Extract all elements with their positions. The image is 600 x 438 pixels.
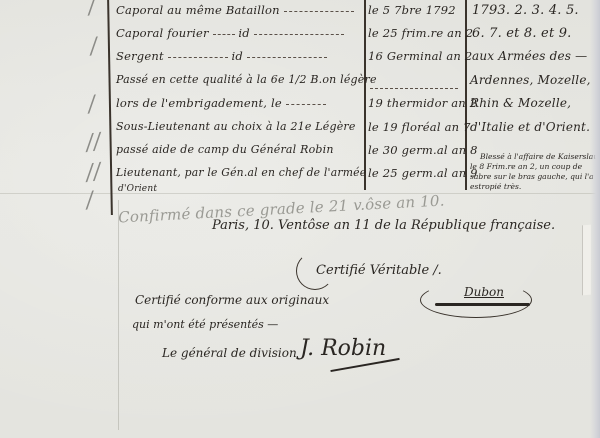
pencil-tick-icon: / [88,34,99,60]
attestation-line: qui m'ont été présentés — [132,318,278,331]
wound-note: Blessé à l'affaire de Kaiserslautern le … [470,152,600,192]
pencil-tick-icon: / [86,92,97,118]
general-signature: J. Robin [300,336,386,361]
certifier-signature: Dubon [464,285,504,299]
margin-rule [118,200,119,430]
date-cell: 19 thermidor an 2 [368,96,477,110]
campaign-cell: 6. 7. et 8. et 9. [472,26,572,41]
date-cell-empty [370,80,458,94]
grade-cell: Sous-Lieutenant au choix à la 21e Légère [116,120,356,133]
date-cell: le 25 germ.al an 9 [368,166,478,180]
table-column-divider [364,0,366,190]
date-cell: le 5 7bre 1792 [368,3,456,17]
signature-underline [435,303,530,306]
date-cell: 16 Germinal an 2 [368,49,472,63]
grade-cell: Sergent id [116,49,327,63]
certification-text: Certifié Véritable /. [316,263,442,278]
grade-cell: Caporal fourier id [116,26,344,40]
campaign-cell: aux Armées des — [472,49,587,63]
campaign-cell: 1793. 2. 3. 4. 5. [472,3,579,18]
grade-cell: Caporal au même Bataillon [116,3,354,17]
grade-cell: lors de l'embrigadement, le [116,96,326,110]
attestation-line: Certifié conforme aux originaux [135,293,329,307]
grade-cell: Passé en cette qualité à la 6e 1/2 B.on … [116,73,377,86]
pencil-tick-icon: // [84,129,102,156]
paper-edge [590,0,600,438]
campaign-cell: Rhin & Mozelle, [470,96,571,110]
pencil-tick-icon: / [84,188,95,214]
attestation-line: Le général de division [162,346,297,360]
grade-cell: Lieutenant, par le Gén.al en chef de l'a… [116,166,366,179]
table-border-left [107,0,112,215]
pencil-tick-icon: // [84,159,102,186]
pencil-tick-icon: / [86,0,97,19]
campaign-cell: d'Italie et d'Orient. [470,120,590,134]
grade-cell: d'Orient [118,184,157,194]
campaign-cell: Ardennes, Mozelle, [470,73,591,87]
date-cell: le 25 frim.re an 2 [368,26,473,40]
date-cell: le 30 germ.al an 8 [368,143,478,157]
grade-cell: passé aide de camp du Général Robin [116,143,334,156]
date-line: Paris, 10. Ventôse an 11 de la Républiqu… [212,218,555,233]
date-cell: le 19 floréal an 7 [368,120,471,134]
